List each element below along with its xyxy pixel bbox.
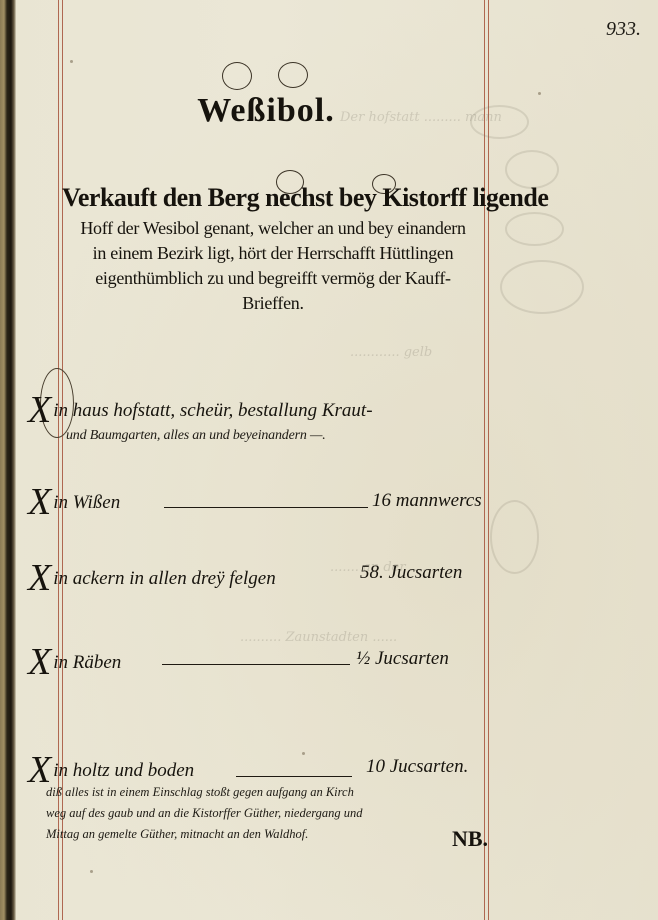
- entry-label: in Wißen: [53, 492, 120, 513]
- bleed-through-text: .......... Zaunstadten ......: [240, 630, 397, 645]
- entry-row: Xin Räben: [28, 640, 121, 684]
- entry-marker: X: [28, 481, 51, 523]
- paper-speck: [90, 870, 93, 873]
- entry-amount: 16 mannwercs: [372, 490, 482, 512]
- book-binding-edge: [0, 0, 16, 920]
- note-line: weg auf des gaub und an die Kistorffer G…: [46, 803, 486, 824]
- bleed-through-mark: [505, 212, 564, 246]
- entry-label: in Räben: [53, 652, 121, 673]
- bleed-through-text: Der hofstatt ......... mann: [340, 110, 502, 125]
- heading-line: eigenthümblich zu und begreifft vermög d…: [62, 266, 484, 291]
- entry-row: Xin haus hofstatt, scheür, bestallung Kr…: [28, 388, 373, 432]
- note-line: diß alles ist in einem Einschlag stoßt g…: [46, 782, 486, 803]
- entry-leader-line: [236, 776, 352, 777]
- paper-speck: [538, 92, 541, 95]
- entry-leader-line: [162, 664, 350, 665]
- entry-marker: X: [28, 389, 51, 431]
- entry-leader-line: [164, 507, 368, 508]
- entry-amount: 10 Jucsarten.: [366, 756, 468, 778]
- folio-number: 933.: [606, 18, 641, 41]
- manuscript-page: Der hofstatt ......... mann ............…: [0, 0, 658, 920]
- heading-line: Hoff der Wesibol genant, welcher an und …: [62, 216, 484, 241]
- section-heading: Verkauft den Berg nechst bey Kistorff li…: [62, 180, 484, 316]
- entry-amount: ½ Jucsarten: [356, 648, 449, 670]
- entry-amount: 58. Jucsarten: [360, 562, 462, 584]
- heading-line: in einem Bezirk ligt, hört der Herrschaf…: [62, 241, 484, 266]
- entry-label-continued: und Baumgarten, alles an und beyeinander…: [66, 428, 326, 444]
- paper-speck: [302, 752, 305, 755]
- entry-label: in haus hofstatt, scheür, bestallung Kra…: [53, 400, 372, 421]
- bleed-through-mark: [490, 500, 539, 574]
- entry-label: in ackern in allen dreÿ felgen: [53, 568, 275, 589]
- entry-marker: X: [28, 641, 51, 683]
- heading-line: Verkauft den Berg nechst bey Kistorff li…: [62, 180, 484, 216]
- bleed-through-text: ............ gelb: [350, 345, 432, 360]
- note-line: Mittag an gemelte Güther, mitnacht an de…: [46, 824, 486, 845]
- boundary-note: diß alles ist in einem Einschlag stoßt g…: [46, 782, 486, 845]
- entry-row: Xin ackern in allen dreÿ felgen: [28, 556, 276, 600]
- paper-speck: [70, 60, 73, 63]
- title-flourish: [278, 62, 308, 88]
- entry-row: Xin Wißen: [28, 480, 120, 524]
- heading-line: Brieffen.: [62, 291, 484, 316]
- title-flourish: [222, 62, 252, 90]
- nota-bene-mark: NB.: [452, 826, 488, 852]
- bleed-through-mark: [500, 260, 584, 314]
- page-title: Weßibol.: [196, 92, 336, 130]
- entry-label: in holtz und boden: [53, 760, 194, 781]
- entry-marker: X: [28, 557, 51, 599]
